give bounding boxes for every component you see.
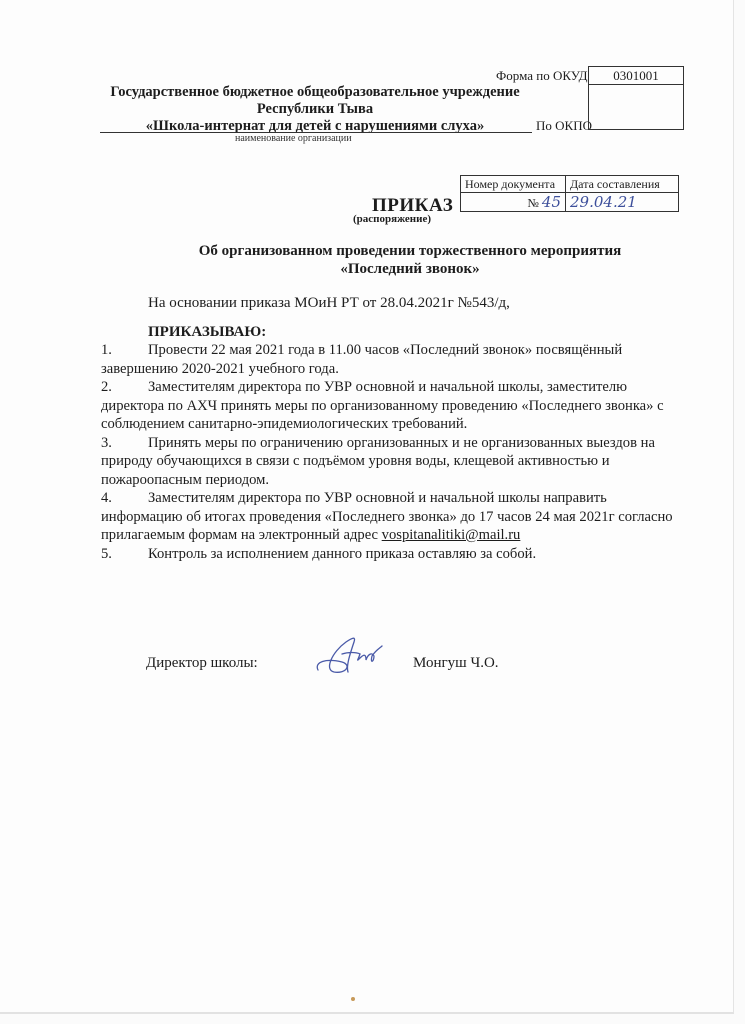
doc-date-header: Дата составления [566,176,679,193]
document-page: Форма по ОКУД По ОКПО 0301001 Государств… [0,0,734,1014]
document-number-date-table: Номер документа Дата составления № 45 29… [460,175,679,212]
basis-text: На основании приказа МОиН РТ от 28.04.20… [148,295,510,312]
scan-speck [351,997,355,1001]
order-subtitle: (распоряжение) [353,213,431,225]
organization-caption: наименование организации [235,133,352,144]
organization-line-2: Республики Тыва [100,101,530,118]
order-item-4-text: Заместителям директора по УВР основной и… [101,489,691,545]
okpo-label: По ОКПО [536,118,592,134]
okud-label: Форма по ОКУД [496,68,588,84]
okud-value: 0301001 [589,67,683,85]
order-item-2: 2. Заместителям директора по УВР основно… [101,378,691,434]
doc-number-header: Номер документа [461,176,566,193]
order-item-4: 4. Заместителям директора по УВР основно… [101,489,691,545]
number-sign: № [527,196,538,210]
doc-date-cell: 29.04.21 [566,193,679,212]
order-item-5: 5. Контроль за исполнением данного прика… [101,545,691,564]
doc-number-cell: № 45 [461,193,566,212]
subject-line-1: Об организованном проведении торжественн… [150,243,670,260]
subject-line-2: «Последний звонок» [150,261,670,278]
director-name: Монгуш Ч.О. [413,655,499,672]
order-word: ПРИКАЗЫВАЮ: [148,324,266,341]
email-link[interactable]: vospitanalitiki@mail.ru [382,527,521,543]
codes-box: 0301001 [588,66,684,130]
order-item-3: 3. Принять меры по ограничению организов… [101,434,691,490]
order-items-list: 1. Провести 22 мая 2021 года в 11.00 час… [101,341,691,563]
doc-date-value: 29.04.21 [570,193,637,211]
order-item-1: 1. Провести 22 мая 2021 года в 11.00 час… [101,341,691,378]
organization-line-1: Государственное бюджетное общеобразовате… [100,84,530,101]
director-label: Директор школы: [146,655,258,672]
signature-icon [312,632,388,678]
doc-number-value: 45 [542,193,561,211]
